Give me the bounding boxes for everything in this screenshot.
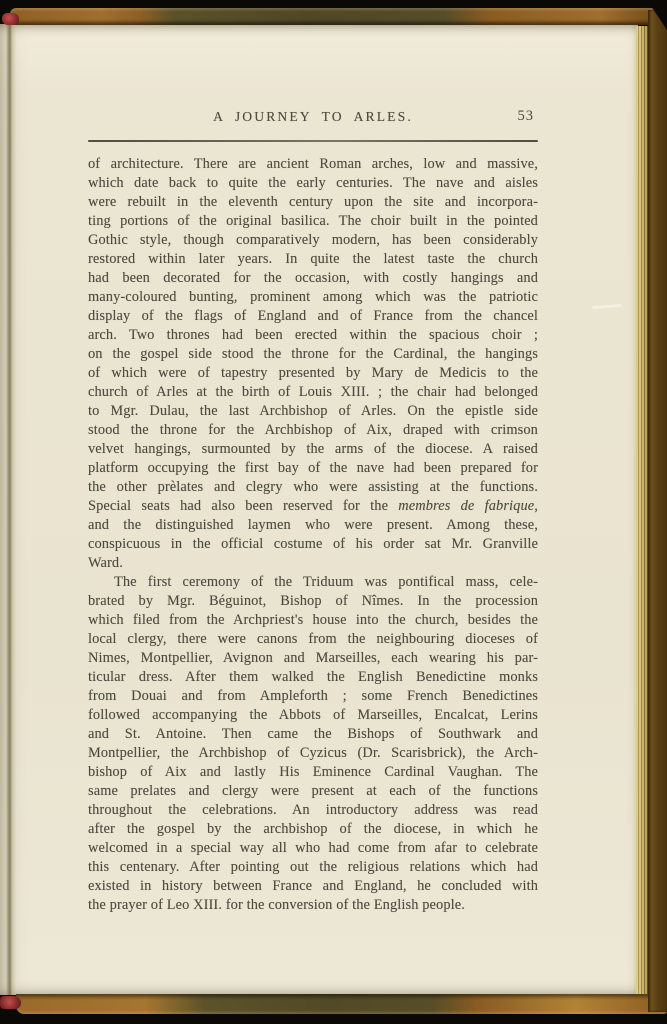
text-line: arch. Two thrones had been erected withi… [88, 326, 538, 345]
text-line: on the gospel side stood the throne for … [88, 345, 538, 364]
text-line: ting portions of the original basilica. … [88, 212, 538, 231]
text-line: of architecture. There are ancient Roman… [88, 155, 538, 174]
text-line: and St. Antoine. Then came the Bishops o… [88, 725, 538, 744]
text-line: platform occupying the first bay of the … [88, 459, 538, 478]
page-number: 53 [518, 108, 535, 125]
text-line: the other prèlates and clegry who were a… [88, 478, 538, 497]
book-cover-top-edge [10, 8, 667, 25]
page-header: A JOURNEY TO ARLES. 53 [88, 108, 538, 125]
book-scan: A JOURNEY TO ARLES. 53 of architecture. … [0, 0, 667, 1024]
text-line: restored within later years. In quite th… [88, 250, 538, 269]
page-text: of architecture. There are ancient Roman… [88, 155, 538, 915]
text-line: bishop of Aix and lastly His Eminence Ca… [88, 763, 538, 782]
text-line: display of the flags of England and of F… [88, 307, 538, 326]
text-line: many-coloured bunting, prominent among w… [88, 288, 538, 307]
text-line: The first ceremony of the Triduum was po… [88, 573, 538, 592]
text-line: Nimes, Montpellier, Avignon and Marseill… [88, 649, 538, 668]
text-line: Montpellier, the Archbishop of Cyzicus (… [88, 744, 538, 763]
text-line: throughout the celebrations. An introduc… [88, 801, 538, 820]
headband-knot-top [2, 13, 19, 25]
text-line: Special seats had also been reserved for… [88, 497, 538, 516]
text-line: local clergy, there were canons from the… [88, 630, 538, 649]
header-rule [88, 140, 538, 142]
text-line: of which were of tapestry presented by M… [88, 364, 538, 383]
paragraph: of architecture. There are ancient Roman… [88, 155, 538, 573]
text-line: the prayer of Leo XIII. for the conversi… [88, 896, 538, 915]
headband-knot-bottom [0, 996, 21, 1009]
book-cover-right-edge [648, 10, 667, 1012]
text-line: velvet hangings, surmounted by the arms … [88, 440, 538, 459]
text-line: and the distinguished laymen who were pr… [88, 516, 538, 535]
background-corner [647, 0, 667, 30]
page-gutter-crease [0, 24, 24, 995]
text-line: conspicuous in the official costume of h… [88, 535, 538, 554]
text-line: which filed from the Archpriest's house … [88, 611, 538, 630]
text-line: were rebuilt in the eleventh century upo… [88, 193, 538, 212]
text-line: church of Arles at the birth of Louis XI… [88, 383, 538, 402]
text-line: followed accompanying the Abbots of Mars… [88, 706, 538, 725]
text-line: this centenary. After pointing out the r… [88, 858, 538, 877]
book-page: A JOURNEY TO ARLES. 53 of architecture. … [0, 24, 638, 995]
text-line: from Douai and from Ampleforth ; some Fr… [88, 687, 538, 706]
text-line: which date back to quite the early centu… [88, 174, 538, 193]
text-line: after the gospel by the archbishop of th… [88, 820, 538, 839]
running-title: A JOURNEY TO ARLES. [213, 109, 413, 124]
paragraph: The first ceremony of the Triduum was po… [88, 573, 538, 915]
text-line: had been decorated for the occasion, wit… [88, 269, 538, 288]
text-line: same prelates and clergy were present at… [88, 782, 538, 801]
text-line: Gothic style, though comparatively moder… [88, 231, 538, 250]
text-line: existed in history between France and En… [88, 877, 538, 896]
text-line: ticular dress. After them walked the Eng… [88, 668, 538, 687]
page-edge-stack [636, 26, 648, 994]
book-cover-bottom-edge [16, 994, 667, 1014]
page-content: A JOURNEY TO ARLES. 53 of architecture. … [88, 108, 538, 915]
text-line: brated by Mgr. Béguinot, Bishop of Nîmes… [88, 592, 538, 611]
text-line: to Mgr. Dulau, the last Archbishop of Ar… [88, 402, 538, 421]
text-line: stood the throne for the Archbishop of A… [88, 421, 538, 440]
text-line: Ward. [88, 554, 538, 573]
text-line: welcomed in a special way all who had co… [88, 839, 538, 858]
